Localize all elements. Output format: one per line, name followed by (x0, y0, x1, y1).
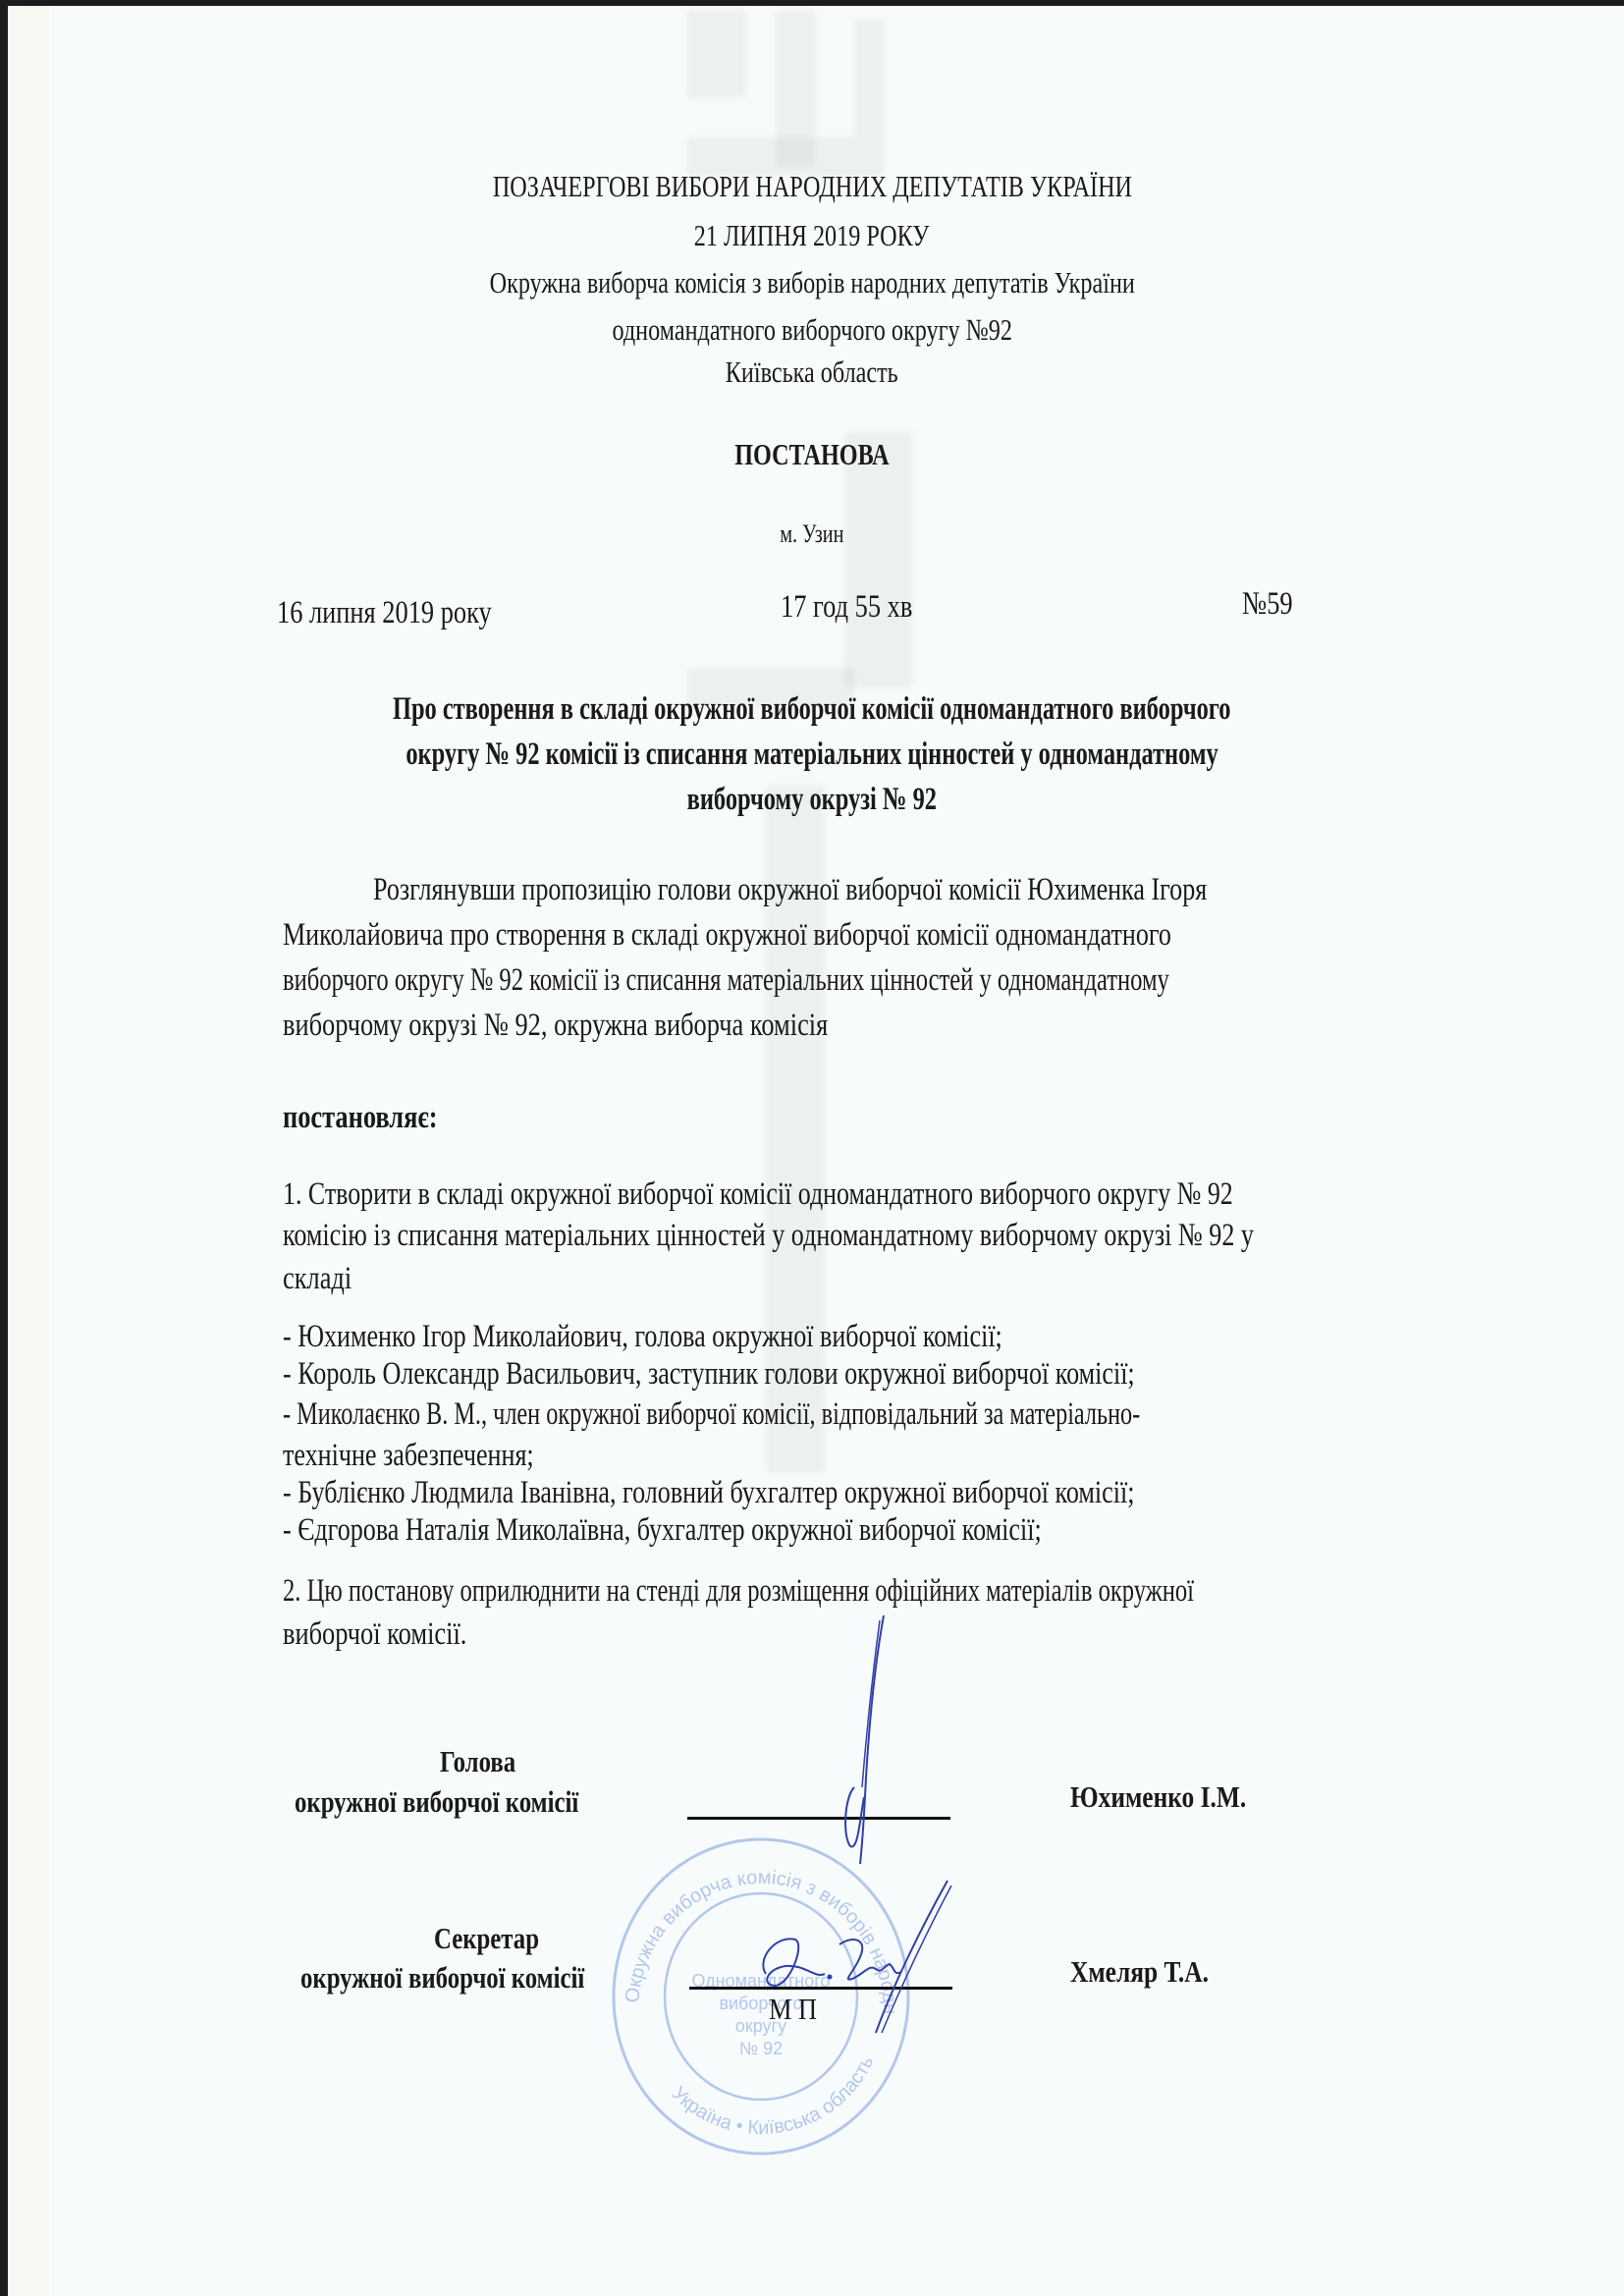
preamble-line: виборчого округу № 92 комісії із списанн… (283, 962, 1564, 999)
header-election-date: 21 ЛИПНЯ 2019 РОКУ (0, 218, 1624, 253)
secretary-role-title: Секретар (434, 1921, 566, 1956)
member-item: - Король Олександр Васильович, заступник… (283, 1356, 1564, 1393)
preamble-line: Миколайовича про створення в складі окру… (283, 917, 1564, 954)
member-item: технічне забезпечення; (283, 1438, 1564, 1474)
preamble-line: Розглянувши пропозицію голови окружної в… (373, 872, 1624, 908)
header-commission: Окружна виборча комісія з виборів народн… (0, 265, 1624, 301)
secretary-signature (736, 1876, 962, 2043)
header-region: Київська область (0, 355, 1624, 390)
member-item: - Миколаєнко В. М., член окружної виборч… (283, 1396, 1564, 1433)
document-place: м. Узин (0, 519, 1624, 549)
header-election-title: ПОЗАЧЕРГОВІ ВИБОРИ НАРОДНИХ ДЕПУТАТІВ УК… (0, 169, 1624, 204)
item-1-line: 1. Створити в складі окружної виборчої к… (283, 1176, 1564, 1213)
secretary-name: Хмеляр Т.А. (1070, 1954, 1239, 1990)
item-2-line: виборчої комісії. (283, 1616, 1564, 1653)
resolves-label: постановляє: (283, 1100, 1564, 1136)
document-time: 17 год 55 хв (781, 589, 946, 626)
document-number: №59 (1242, 586, 1306, 623)
member-item: - Юхименко Ігор Миколайович, голова окру… (283, 1319, 1564, 1355)
scan-edge-top (0, 0, 1624, 6)
chair-signature (815, 1611, 893, 1866)
header-district: одномандатного виборчого округу №92 (0, 312, 1624, 348)
subject-line: Про створення в складі окружної виборчої… (0, 691, 1624, 728)
preamble-line: виборчому окрузі № 92, окружна виборча к… (283, 1008, 1564, 1044)
bleed-through (687, 10, 746, 98)
subject-line: виборчому окрузі № 92 (0, 782, 1624, 818)
item-2-line: 2. Цю постанову оприлюднити на стенді дл… (283, 1573, 1564, 1610)
bleed-through (854, 20, 884, 137)
document-date: 16 липня 2019 року (277, 595, 545, 631)
scan-paper-strip (8, 6, 49, 2296)
chair-name: Юхименко І.М. (1070, 1779, 1285, 1815)
chair-role-commission: окружної виборчої комісії (295, 1784, 650, 1820)
secretary-role-commission: окружної виборчої комісії (300, 1960, 656, 1995)
member-item: - Єдгорова Наталія Миколаївна, бухгалтер… (283, 1512, 1564, 1549)
chair-role-title: Голова (440, 1744, 534, 1779)
document-type-title: ПОСТАНОВА (0, 437, 1624, 472)
subject-line: округу № 92 комісії із списання матеріал… (0, 737, 1624, 773)
member-item: - Бублієнко Людмила Іванівна, головний б… (283, 1475, 1564, 1511)
item-1-line: комісію із списання матеріальних цінност… (283, 1218, 1564, 1254)
item-1-line: складі (283, 1261, 1564, 1297)
